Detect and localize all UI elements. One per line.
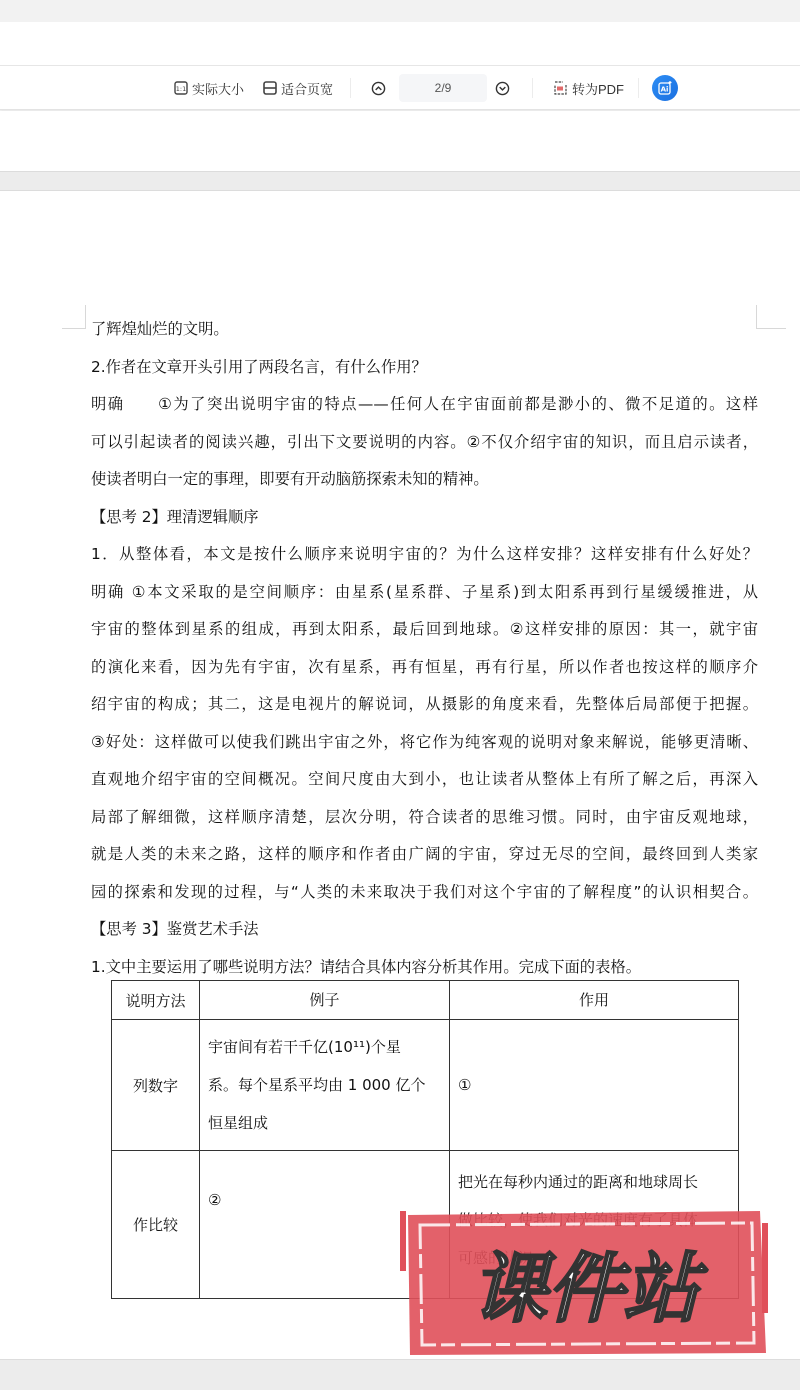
example-cell: 宇宙间有若干千亿(10¹¹)个星 系。每个星系平均由 1 000 亿个 恒星组成 xyxy=(200,1020,450,1151)
page-number-input[interactable]: 2/9 xyxy=(399,74,487,102)
method-cell: 作比较 xyxy=(112,1151,200,1299)
watermark-text: 课件站 xyxy=(471,1244,708,1333)
table-header: 作用 xyxy=(450,981,739,1020)
page-corner-mark xyxy=(756,305,786,329)
effect-line: 把光在每秒内通过的距离和地球周长 xyxy=(458,1163,730,1201)
answer-line: ③好处：这样做可以使我们跳出宇宙之外，将它作为纯客观的说明对象来解说，能够更清晰… xyxy=(91,724,758,762)
pdf-convert-icon xyxy=(552,80,568,96)
chevron-up-circle-icon xyxy=(371,81,386,96)
toolbar-divider xyxy=(532,78,533,98)
question: 1．从整体看，本文是按什么顺序来说明宇宙的？为什么这样安排？这样安排有什么好处？ xyxy=(91,536,758,574)
example-line: 恒星组成 xyxy=(208,1104,441,1142)
document-body: 了辉煌灿烂的文明。 2.作者在文章开头引用了两段名言，有什么作用？ 明确 ①为了… xyxy=(91,311,758,986)
section-heading: 【思考 3】鉴赏艺术手法 xyxy=(91,911,758,949)
watermark-stamp-graphic: 课件站 xyxy=(400,1203,770,1358)
answer-line: 明确 ①本文采取的是空间顺序：由星系(星系群、子星系)到太阳系再到行星缓缓推进，… xyxy=(91,574,758,612)
next-page-button[interactable] xyxy=(495,66,514,110)
paragraph: 了辉煌灿烂的文明。 xyxy=(91,311,758,349)
answer-line: 局部了解细微，这样顺序清楚，层次分明，符合读者的思维习惯。同时，由宇宙反观地球， xyxy=(91,799,758,837)
answer-line: 宇宙的整体到星系的组成，再到太阳系，最后回到地球。②这样安排的原因：其一，就宇宙 xyxy=(91,611,758,649)
page-separator xyxy=(0,171,800,191)
section-heading: 【思考 2】理清逻辑顺序 xyxy=(91,499,758,537)
convert-pdf-button[interactable]: 转为PDF xyxy=(552,66,624,110)
effect-cell: ① xyxy=(450,1020,739,1151)
actual-size-button[interactable]: 1:1 实际大小 xyxy=(174,66,244,110)
question: 2.作者在文章开头引用了两段名言，有什么作用？ xyxy=(91,349,758,387)
viewer-bottom-margin xyxy=(0,1359,800,1390)
answer-line: 的演化来看，因为先有宇宙，次有星系，再有恒星，再有行星，所以作者也按这样的顺序介 xyxy=(91,649,758,687)
example-line: 系。每个星系平均由 1 000 亿个 xyxy=(208,1066,441,1104)
method-cell: 列数字 xyxy=(112,1020,200,1151)
document-page: 了辉煌灿烂的文明。 2.作者在文章开头引用了两段名言，有什么作用？ 明确 ①为了… xyxy=(0,191,800,1359)
answer-line: 明确 ①为了突出说明宇宙的特点——任何人在宇宙面前都是渺小的、微不足道的。这样 xyxy=(91,386,758,424)
fit-width-button[interactable]: 适合页宽 xyxy=(263,66,333,110)
page-corner-mark xyxy=(62,305,86,329)
answer-line: 可以引起读者的阅读兴趣，引出下文要说明的内容。②不仅介绍宇宙的知识，而且启示读者… xyxy=(91,424,758,462)
toolbar-divider xyxy=(350,78,351,98)
table-row: 列数字 宇宙间有若干千亿(10¹¹)个星 系。每个星系平均由 1 000 亿个 … xyxy=(112,1020,739,1151)
prev-page-button[interactable] xyxy=(371,66,390,110)
answer-line: 园的探索和发现的过程，与“人类的未来取决于我们对这个宇宙的了解程度”的认识相契合… xyxy=(91,874,758,912)
actual-size-label: 实际大小 xyxy=(192,79,244,98)
answer-line: 绍宇宙的构成；其二，这是电视片的解说词，从摄影的角度来看，先整体后局部便于把握。 xyxy=(91,686,758,724)
fit-width-label: 适合页宽 xyxy=(281,79,333,98)
actual-size-icon: 1:1 xyxy=(174,81,188,95)
svg-text:1:1: 1:1 xyxy=(176,85,186,93)
viewer-margin xyxy=(0,111,800,171)
fit-width-icon xyxy=(263,81,277,95)
ai-assistant-button[interactable]: Ai xyxy=(652,75,678,101)
answer-line: 直观地介绍宇宙的空间概况。空间尺度由大到小，也让读者从整体上有所了解之后，再深入 xyxy=(91,761,758,799)
table-header-row: 说明方法 例子 作用 xyxy=(112,981,739,1020)
table-header: 说明方法 xyxy=(112,981,200,1020)
header-bar xyxy=(0,22,800,66)
table-header: 例子 xyxy=(200,981,450,1020)
ai-icon: Ai xyxy=(657,80,673,96)
chevron-down-circle-icon xyxy=(495,81,510,96)
convert-pdf-label: 转为PDF xyxy=(572,79,624,98)
watermark-stamp: 课件站 xyxy=(400,1203,770,1358)
example-line: 宇宙间有若干千亿(10¹¹)个星 xyxy=(208,1028,441,1066)
blank-marker: ① xyxy=(458,1066,730,1104)
answer-line: 使读者明白一定的事理，即要有开动脑筋探索未知的精神。 xyxy=(91,461,758,499)
toolbar-divider xyxy=(638,78,639,98)
answer-line: 就是人类的未来之路，这样的顺序和作者由广阔的宇宙，穿过无尽的空间，最终回到人类家 xyxy=(91,836,758,874)
svg-text:Ai: Ai xyxy=(661,86,669,94)
page-indicator: 2/9 xyxy=(435,81,452,95)
window-top-strip xyxy=(0,0,800,22)
